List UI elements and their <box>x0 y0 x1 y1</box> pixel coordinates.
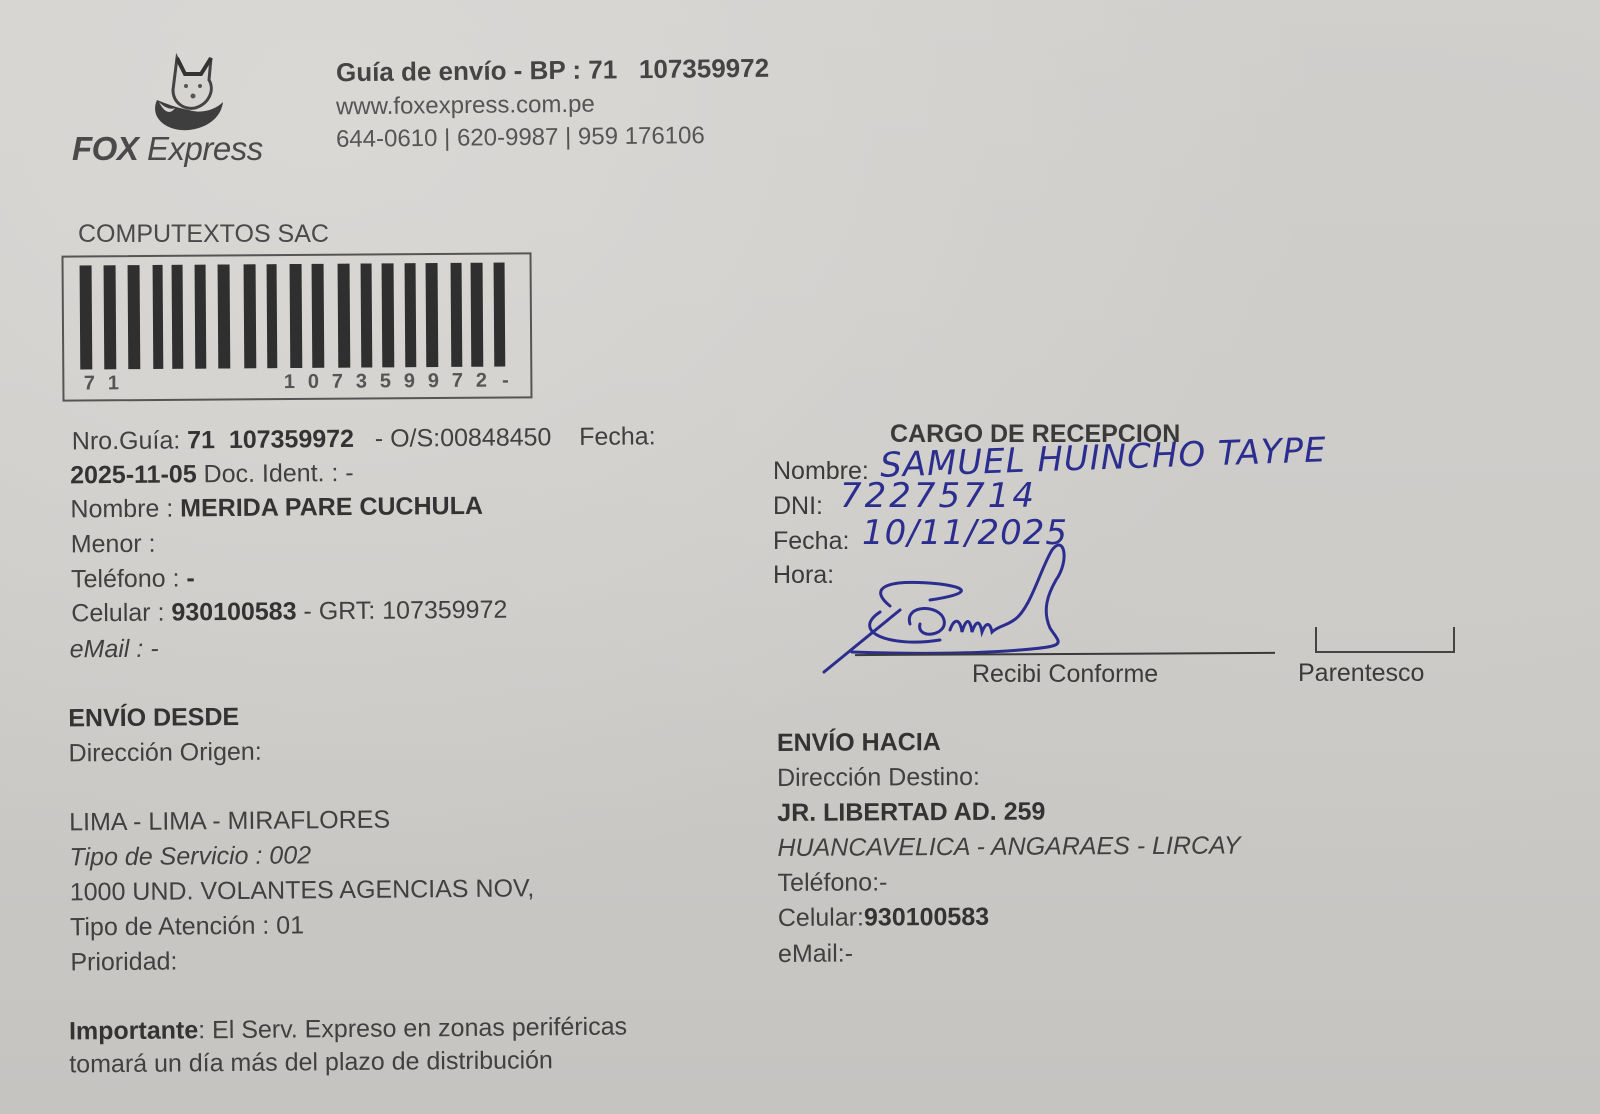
recipient-name-line: Nombre : MERIDA PARE CUCHULA <box>70 491 483 525</box>
cargo-dni-label: DNI: <box>773 492 823 521</box>
important-notice-line2: tomará un día más del plazo de distribuc… <box>69 1045 553 1079</box>
fox-icon <box>145 52 233 132</box>
cargo-dni-handwritten: 72275714 <box>840 476 1037 516</box>
direccion-origen-label: Dirección Origen: <box>68 737 261 769</box>
parentesco-field <box>1315 627 1455 653</box>
barcode-digits: 71107359972- <box>78 369 518 395</box>
tipo-atencion: Tipo de Atención : 01 <box>70 910 304 942</box>
recibi-conforme-label: Recibi Conforme <box>972 660 1158 689</box>
envio-desde-title: ENVÍO DESDE <box>68 702 239 733</box>
menor-line: Menor : <box>71 529 156 560</box>
celular-line: Celular : 930100583 - GRT: 107359972 <box>71 595 507 629</box>
email-line: eMail : - <box>70 634 159 665</box>
shipment-description: 1000 UND. VOLANTES AGENCIAS NOV, <box>70 873 535 907</box>
destination-address: JR. LIBERTAD AD. 259 <box>777 797 1045 828</box>
destination-telefono: Teléfono:- <box>778 867 888 898</box>
brand-logo-text: FOX Express <box>72 130 263 168</box>
direccion-destino-label: Dirección Destino: <box>777 762 980 793</box>
company-name: COMPUTEXTOS SAC <box>78 220 329 249</box>
signature <box>820 540 1180 680</box>
guide-number-line: Nro.Guía: 71 107359972 - O/S:00848450 Fe… <box>72 421 656 456</box>
destination-location: HUANCAVELICA - ANGARAES - LIRCAY <box>777 831 1240 863</box>
barcode-bars <box>80 262 519 369</box>
phone-numbers: 644-0610 | 620-9987 | 959 176106 <box>336 122 705 154</box>
telefono-line: Teléfono : - <box>71 563 195 594</box>
date-doc-line: 2025-11-05 Doc. Ident. : - <box>70 458 354 490</box>
origin-location: LIMA - LIMA - MIRAFLORES <box>69 805 390 838</box>
website: www.foxexpress.com.pe <box>336 91 595 122</box>
guide-title: Guía de envío - BP : 71 107359972 <box>336 53 769 89</box>
parentesco-label: Parentesco <box>1298 659 1424 688</box>
envio-hacia-title: ENVÍO HACIA <box>777 727 941 758</box>
important-notice-line1: Importante: El Serv. Expreso en zonas pe… <box>69 1012 627 1047</box>
destination-celular: Celular:930100583 <box>778 902 989 933</box>
prioridad: Prioridad: <box>70 946 177 977</box>
destination-email: eMail:- <box>778 939 853 969</box>
barcode: 71107359972- <box>61 252 532 401</box>
tipo-servicio: Tipo de Servicio : 002 <box>69 840 311 872</box>
